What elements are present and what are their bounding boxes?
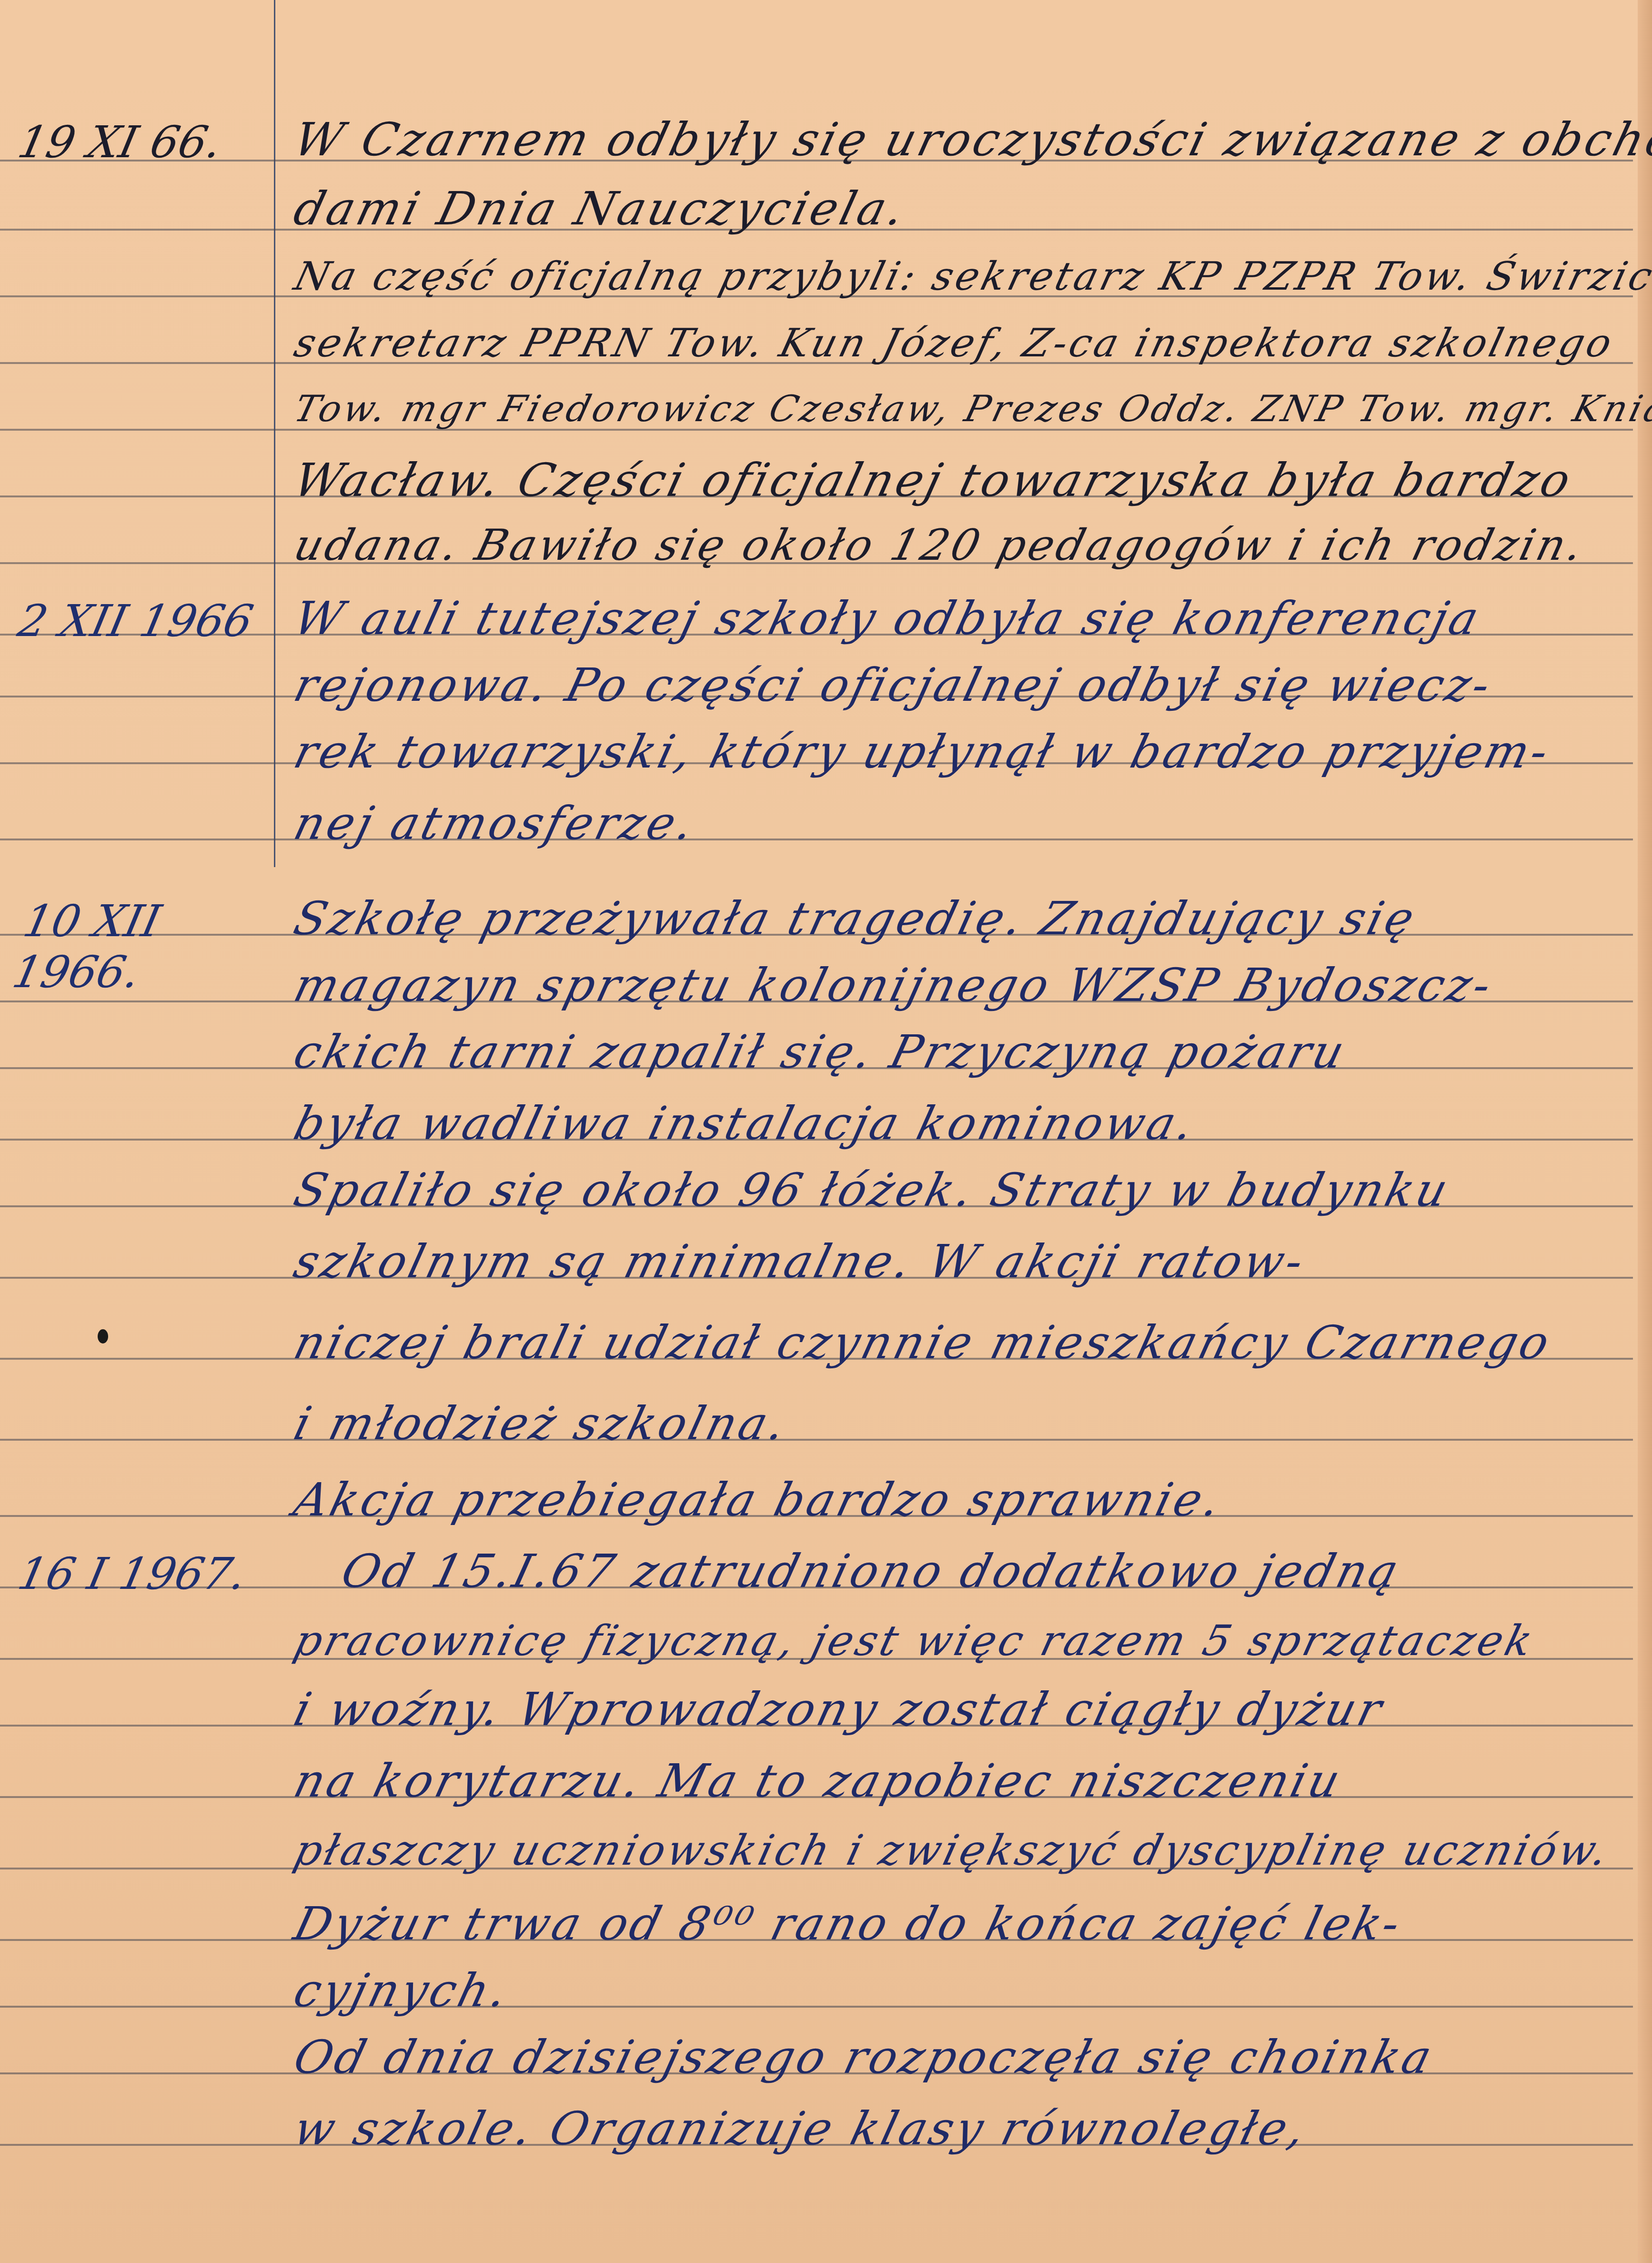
- entry-line: niczej brali udział czynnie mieszkańcy C…: [290, 1320, 1629, 1365]
- notebook-page: 19 XI 66. W Czarnem odbyły się uroczysto…: [0, 0, 1652, 2263]
- entry-line: na korytarzu. Ma to zapobiec niszczeniu: [290, 1758, 1629, 1804]
- entry-line: Akcja przebiegała bardzo sprawnie.: [290, 1477, 1629, 1523]
- entry-line: Tow. mgr Fiedorowicz Czesław, Prezes Odd…: [291, 391, 1628, 427]
- entry-line: Od 15.I.67 zatrudniono dodatkowo jedną: [337, 1548, 1629, 1594]
- entry-line: udana. Bawiło się około 120 pedagogów i …: [290, 524, 1629, 567]
- entry-date: 19 XI 66.: [14, 117, 263, 168]
- entry-date: 10 XII 1966.: [8, 896, 268, 998]
- entry-line: W Czarnem odbyły się uroczystości związa…: [290, 117, 1629, 162]
- entry-line: ckich tarni zapalił się. Przyczyną pożar…: [290, 1029, 1629, 1075]
- entry-line: W auli tutejszej szkoły odbyła się konfe…: [290, 596, 1629, 641]
- entry-date: 2 XII 1966: [14, 596, 263, 647]
- entry-line: i woźny. Wprowadzony został ciągły dyżur: [290, 1687, 1629, 1732]
- entry-line: Spaliło się około 96 łóżek. Straty w bud…: [290, 1167, 1629, 1213]
- entry-line: dami Dnia Nauczyciela.: [290, 186, 1629, 232]
- page-edge: [1638, 0, 1652, 2263]
- entry-line: magazyn sprzętu kolonijnego WZSP Bydoszc…: [290, 962, 1629, 1008]
- entry-line: w szkole. Organizuje klasy równoległe,: [290, 2106, 1629, 2152]
- entry-line: Dyżur trwa od 8⁰⁰ rano do końca zajęć le…: [290, 1901, 1629, 1947]
- entry-line: Na część oficjalną przybyli: sekretarz K…: [291, 257, 1628, 296]
- entry-line: sekretarz PPRN Tow. Kun Józef, Z-ca insp…: [291, 324, 1628, 363]
- entry-line: nej atmosferze.: [290, 800, 1629, 846]
- entry-line: rejonowa. Po części oficjalnej odbył się…: [290, 662, 1629, 708]
- entry-line: płaszczy uczniowskich i zwiększyć dyscyp…: [290, 1829, 1629, 1871]
- entry-line: i młodzież szkolna.: [290, 1401, 1629, 1446]
- date-margin-line: [274, 0, 275, 867]
- entry-line: Od dnia dzisiejszego rozpoczęła się choi…: [290, 2034, 1629, 2080]
- ink-dot: [98, 1329, 108, 1344]
- entry-date: 16 I 1967.: [14, 1548, 263, 1599]
- entry-line: szkolnym są minimalne. W akcji ratow-: [290, 1239, 1629, 1284]
- entry-line: pracownicę fizyczną, jest więc razem 5 s…: [290, 1620, 1629, 1662]
- entry-line: rek towarzyski, który upłynął w bardzo p…: [290, 729, 1629, 775]
- entry-line: Szkołę przeżywała tragedię. Znajdujący s…: [290, 896, 1629, 941]
- entry-line: cyjnych.: [290, 1968, 1629, 2013]
- entry-line: Wacław. Części oficjalnej towarzyska był…: [290, 457, 1629, 503]
- entry-line: była wadliwa instalacja kominowa.: [290, 1101, 1629, 1146]
